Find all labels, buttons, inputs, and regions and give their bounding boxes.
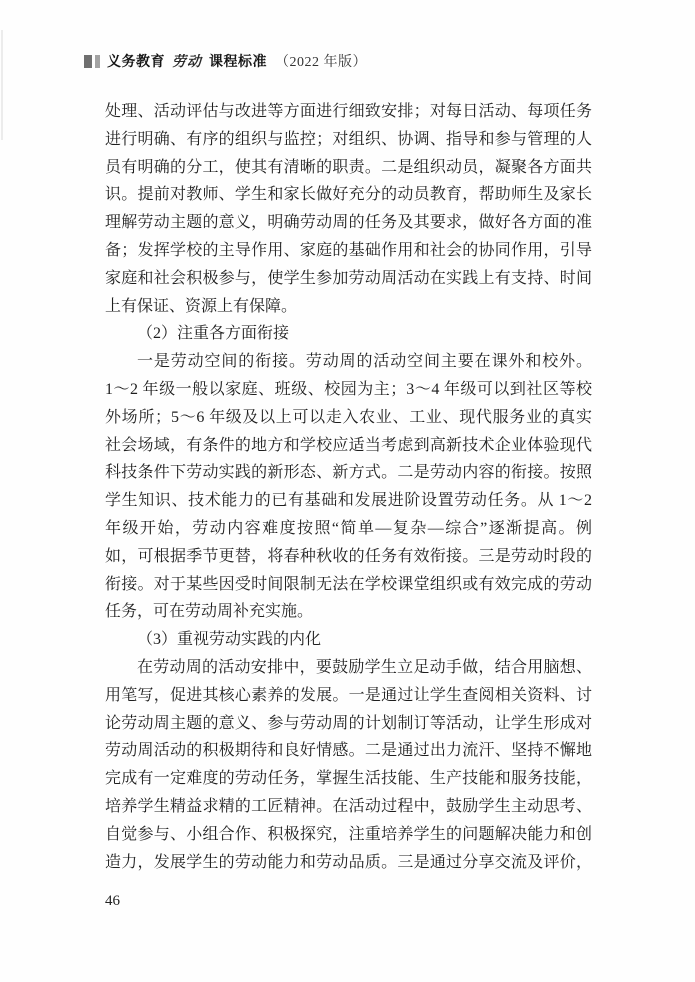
header-bar-light-icon	[95, 55, 100, 68]
text-line: 学生知识、技术能力的已有基础和发展进阶设置劳动任务。从 1～2	[105, 487, 592, 515]
text-line: 1～2 年级一般以家庭、班级、校园为主；3～4 年级可以到社区等校	[105, 376, 592, 404]
header-series-label: 义务教育	[107, 51, 165, 71]
text-line: 完成有一定难度的劳动任务，掌握生活技能、生产技能和服务技能，	[105, 765, 592, 793]
text-line: 衔接。对于某些因受时间限制无法在学校课堂组织或有效完成的劳动	[105, 571, 592, 599]
text-line: 外场所；5～6 年级及以上可以走入农业、工业、现代服务业的真实	[105, 404, 592, 432]
text-line: 造力，发展学生的劳动能力和劳动品质。三是通过分享交流及评价，	[105, 849, 592, 877]
running-header: 义务教育 劳动 课程标准 （2022 年版）	[84, 53, 367, 69]
text-line: 员有明确的分工，使其有清晰的职责。二是组织动员，凝聚各方面共	[105, 154, 592, 182]
page-number: 46	[105, 893, 120, 910]
header-subject-label: 劳动	[172, 51, 202, 71]
text-line: 上有保证、资源上有保障。	[105, 293, 592, 321]
section-heading: （2）注重各方面衔接	[105, 320, 592, 348]
text-line: 如，可根据季节更替，将春种秋收的任务有效衔接。三是劳动时段的	[105, 543, 592, 571]
header-title-label: 课程标准	[209, 51, 267, 71]
body-text: 处理、活动评估与改进等方面进行细致安排；对每日活动、每项任务 进行明确、有序的组…	[105, 98, 592, 876]
header-bar-dark-icon	[84, 55, 92, 68]
text-line: 自觉参与、小组合作、积极探究，注重培养学生的问题解决能力和创	[105, 821, 592, 849]
text-line: 论劳动周主题的意义、参与劳动周的计划制订等活动，让学生形成对	[105, 710, 592, 738]
text-line: 社会场域，有条件的地方和学校应适当考虑到高新技术企业体验现代	[105, 432, 592, 460]
text-line: 年级开始，劳动内容难度按照“简单—复杂—综合”逐渐提高。例	[105, 515, 592, 543]
section-heading: （3）重视劳动实践的内化	[105, 626, 592, 654]
book-page: 义务教育 劳动 课程标准 （2022 年版） 处理、活动评估与改进等方面进行细致…	[0, 0, 695, 982]
text-line: 家庭和社会积极参与，使学生参加劳动周活动在实践上有支持、时间	[105, 265, 592, 293]
text-line: 劳动周活动的积极期待和良好情感。二是通过出力流汗、坚持不懈地	[105, 737, 592, 765]
text-line: 备；发挥学校的主导作用、家庭的基础作用和社会的协同作用，引导	[105, 237, 592, 265]
text-line: 任务，可在劳动周补充实施。	[105, 598, 592, 626]
text-line: 进行明确、有序的组织与监控；对组织、协调、指导和参与管理的人	[105, 126, 592, 154]
text-line: 培养学生精益求精的工匠精神。在活动过程中，鼓励学生主动思考、	[105, 793, 592, 821]
text-line: 理解劳动主题的意义，明确劳动周的任务及其要求，做好各方面的准	[105, 209, 592, 237]
text-line: 识。提前对教师、学生和家长做好充分的动员教育，帮助师生及家长	[105, 181, 592, 209]
text-line: 科技条件下劳动实践的新形态、新方式。二是劳动内容的衔接。按照	[105, 459, 592, 487]
text-line: 处理、活动评估与改进等方面进行细致安排；对每日活动、每项任务	[105, 98, 592, 126]
scan-edge-artifact	[1, 30, 3, 140]
text-line: 一是劳动空间的衔接。劳动周的活动空间主要在课外和校外。	[105, 348, 592, 376]
header-edition-label: （2022 年版）	[275, 51, 367, 71]
text-line: 在劳动周的活动安排中，要鼓励学生立足动手做，结合用脑想、	[105, 654, 592, 682]
text-line: 用笔写，促进其核心素养的发展。一是通过让学生查阅相关资料、讨	[105, 682, 592, 710]
